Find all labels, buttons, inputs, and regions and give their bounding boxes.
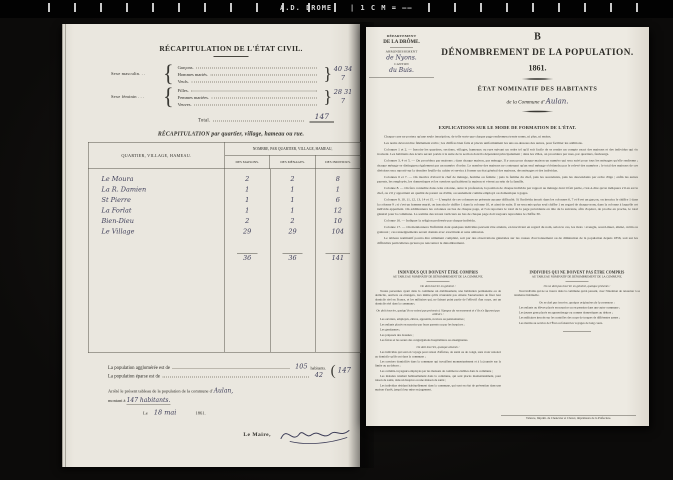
ruler-ticks-right: [428, 3, 662, 12]
ornament-divider: [522, 78, 554, 80]
divider: [427, 281, 450, 282]
column-header-maisons: DES MAISONS.: [225, 156, 270, 169]
eparse-label: La population éparse est de: [108, 374, 160, 379]
list-item: Hommes mariés.: [178, 70, 320, 77]
rule-item: Les militaires inscrits sur les contrôle…: [514, 316, 640, 320]
handwritten-total: 147: [310, 112, 334, 123]
etat-civil-total-row: Total. 147: [198, 112, 334, 123]
handwritten-count: 7: [341, 75, 345, 83]
quartier-name: La Forlat: [89, 207, 225, 215]
right-page: DÉPARTEMENT DE LA DRÔME. ARRONDISSEMENT …: [366, 27, 649, 426]
page-title: DÉNOMBREMENT DE LA POPULATION.: [434, 48, 641, 59]
explanation-paragraph: Les noms devront être fidèlement écrits …: [377, 141, 638, 146]
exclude-subtitle: AU TABLEAU NOMINATIF DE DÉNOMBREMENT DE …: [514, 276, 640, 279]
include-title: INDIVIDUS QUI DOIVENT ÊTRE COMPRIS: [375, 270, 501, 275]
divider: [566, 281, 589, 282]
population-eparse-row: La population éparse est de 42: [108, 371, 326, 380]
rule-heading: On doit inscrire en général :: [375, 285, 501, 289]
row-label: Veuves.: [178, 102, 192, 107]
rule-heading: On ne doit pas inscrire en général, quoi…: [514, 285, 640, 289]
quartier-table: QUARTIER, VILLAGE, HAMEAU. NOMBRE, PAR Q…: [88, 142, 361, 353]
rule-item: Les malades résidant habituellement dans…: [375, 375, 501, 383]
include-subtitle: AU TABLEAU NOMINATIF DE DÉNOMBREMENT DE …: [375, 276, 501, 279]
agglomeree-label: La population agglomérée est de: [108, 366, 170, 371]
menages-count: 2: [270, 176, 315, 184]
explanation-paragraph: Colonnes 6 et 7. — On inscrira d'abord l…: [377, 175, 638, 185]
etat-civil-title: RÉCAPITULATION DE L'ÉTAT CIVIL.: [108, 45, 354, 54]
population-agglomeree-row: La population agglomérée est de 105 habi…: [108, 362, 326, 371]
left-page: RÉCAPITULATION DE L'ÉTAT CIVIL. Sexe mas…: [62, 24, 360, 467]
sub-headers: DES MAISONS. DES MÉNAGES. DES INDIVIDUS.: [225, 156, 361, 169]
handwritten-count: 28: [334, 89, 342, 97]
column-header-quartier: QUARTIER, VILLAGE, HAMEAU.: [89, 143, 225, 169]
quartier-name: Le Moura: [89, 176, 225, 184]
handwritten-commune: Aulan,: [214, 387, 233, 394]
divider: [390, 47, 413, 48]
rule-item: Les ouvriers, employés, élèves, apprenti…: [375, 318, 501, 322]
mayor-signature: [277, 424, 352, 446]
quartier-name: Le Village: [89, 228, 225, 236]
population-summary: La population agglomérée est de 105 habi…: [108, 362, 354, 379]
exclude-title: INDIVIDUS QUI NE DOIVENT PAS ÊTRE COMPRI…: [514, 270, 640, 275]
administrative-corner-box: DÉPARTEMENT DE LA DRÔME. ARRONDISSEMENT …: [369, 34, 434, 78]
list-item: Veufs.: [178, 77, 320, 84]
table-body: Le Moura 2 2 8 La R. Damien 1 1 1 St Pie…: [89, 169, 361, 352]
printer-imprint: Valence, Imprim. de Chenevier et Chavet,…: [501, 416, 636, 421]
explanation-paragraph: Colonne 17. — On mentionnera l'infirmité…: [377, 225, 638, 235]
departement-name: DE LA DRÔME.: [369, 39, 434, 45]
handwritten-arrondissement: de Nyons.: [369, 54, 434, 61]
handwritten-count: 40: [334, 66, 342, 74]
column-header-menages: DES MÉNAGES.: [270, 156, 315, 169]
commune-prefix: de la Commune d': [506, 100, 544, 106]
handwritten-count: 42: [315, 372, 323, 380]
right-brace: }: [323, 65, 332, 81]
etat-civil-female-group: Sexe féminin . . . { Filles. Femmes mari…: [111, 86, 354, 107]
explanation-paragraph: Colonnes 9, 10, 11, 12, 13, 14 et 15. — …: [377, 197, 638, 217]
total-maisons: 36: [225, 253, 270, 262]
male-items: Garçons. Hommes mariés. Veufs.: [178, 63, 320, 84]
list-item: Femmes mariées.: [178, 93, 320, 100]
explanation-paragraph: Colonne 8. — On fera connaître dans cett…: [377, 186, 638, 196]
maisons-count: 1: [225, 186, 270, 194]
list-item: Garçons.: [178, 63, 320, 70]
rule-item: Les frères et les sœurs des congrégation…: [375, 338, 501, 342]
ornament-divider: [522, 111, 554, 113]
brace-glyph: (: [331, 362, 336, 379]
handwritten-total: 36: [237, 253, 257, 262]
maisons-count: 1: [225, 207, 270, 215]
handwritten-commune-name: Aulan.: [546, 98, 569, 106]
explanation-paragraph: Colonnes 1 et 2. — Inscrire les quartier…: [377, 147, 638, 157]
rule-item: Toutes personnes ayant dans la commune u…: [375, 290, 501, 307]
habitants-suffix: habitants.: [311, 366, 326, 371]
menages-count: 1: [270, 207, 315, 215]
ruler-scale-label: | 1 C M = ——: [350, 4, 413, 12]
dotted-leader: [162, 377, 309, 378]
rule-item: Les individus résidant habituellement da…: [375, 384, 501, 392]
archive-label: A.D. DROME: [280, 4, 332, 12]
handwritten-count: 105: [295, 363, 307, 371]
left-page-content: RÉCAPITULATION DE L'ÉTAT CIVIL. Sexe mas…: [108, 24, 354, 467]
inclusion-rules-columns: INDIVIDUS QUI DOIVENT ÊTRE COMPRIS AU TA…: [375, 270, 640, 408]
explanation-paragraph: Le tableau nominatif pourra être utileme…: [377, 236, 638, 246]
menages-count: 2: [270, 218, 315, 226]
list-item: Veuves.: [178, 100, 320, 107]
arrete-statement: Arrêté le présent tableau de la populati…: [108, 386, 354, 405]
explanation-paragraph: Colonnes 3, 4 et 5. — On procédera par m…: [377, 159, 638, 174]
left-brace: {: [163, 63, 174, 84]
rule-item: Les préposés des douanes ;: [375, 333, 501, 337]
rule-item: Les ouvriers domiciliés dans la commune …: [375, 360, 501, 368]
menages-count: 1: [270, 186, 315, 194]
quartier-name: Bien-Dieu: [89, 218, 225, 226]
maisons-count: 1: [225, 197, 270, 205]
maisons-count: 29: [225, 228, 270, 236]
explanations-title: EXPLICATIONS SUR LE MODE DE FORMATION DE…: [377, 125, 638, 130]
montant-label: montant à: [108, 398, 125, 403]
rule-item: Les enfants placés en nourrice par leurs…: [375, 323, 501, 327]
male-group-label: Sexe masculin. . .: [111, 71, 163, 76]
mayor-signature-block: Le Maire,: [108, 424, 354, 446]
handwritten-count: 7: [341, 98, 345, 106]
quartier-name: St Pierre: [89, 197, 225, 205]
exclude-column: INDIVIDUS QUI NE DOIVENT PAS ÊTRE COMPRI…: [514, 270, 640, 408]
handwritten-total: 36: [282, 253, 302, 262]
rule-item: Les commis-voyageurs employés par les ma…: [375, 369, 501, 373]
quartier-name: La R. Damien: [89, 186, 225, 194]
stacked-sheet-edges: [62, 24, 68, 467]
rule-item: Les individus qui sont en voyage pour ra…: [375, 351, 501, 359]
left-brace: {: [163, 86, 174, 107]
rule-heading: On doit inscrire, quoiqu'ils ne soient p…: [375, 309, 501, 316]
rule-item: Les jeunes gens placés en apprentissage …: [514, 311, 640, 315]
female-group-label: Sexe féminin . . .: [111, 94, 163, 99]
quartier-table-title: RÉCAPITULATION par quartier, village, ha…: [108, 131, 354, 137]
explanations-section: EXPLICATIONS SUR LE MODE DE FORMATION DE…: [377, 125, 638, 247]
column-group-header: NOMBRE, PAR QUARTIER, VILLAGE, HAMEAU,: [225, 143, 361, 156]
maire-label: Le Maire,: [243, 432, 271, 438]
dotted-leader: [196, 68, 317, 69]
dotted-leader: [213, 121, 304, 122]
date-year: 1861.: [195, 411, 205, 416]
handwritten-montant: 147 habitants.: [127, 397, 171, 405]
census-header: B DÉNOMBREMENT DE LA POPULATION. 1861. É…: [434, 31, 641, 118]
canton-label: CANTON: [369, 63, 434, 67]
handwritten-total: 141: [326, 253, 350, 262]
table-header-right: NOMBRE, PAR QUARTIER, VILLAGE, HAMEAU, D…: [225, 143, 361, 169]
maisons-count: 2: [225, 176, 270, 184]
handwritten-canton: du Buis.: [369, 67, 434, 74]
arrete-text: Arrêté le présent tableau de la populati…: [108, 389, 213, 394]
arrondissement-label: ARRONDISSEMENT: [369, 50, 434, 54]
row-label: Garçons.: [178, 65, 194, 70]
rule-item: Les enfants ou élèves placés en nourrice…: [514, 306, 640, 310]
row-label: Veufs.: [178, 79, 189, 84]
date-prefix: Le: [143, 411, 148, 416]
row-label: Femmes mariées.: [178, 95, 209, 100]
row-label: Hommes mariés.: [178, 72, 209, 77]
census-year: 1861.: [434, 64, 641, 73]
rule-item: Les marins au service de l'État ou faisa…: [514, 321, 640, 325]
total-label: Total.: [198, 118, 210, 123]
dotted-leader: [212, 98, 317, 99]
handwritten-date: 18 mai: [154, 409, 176, 417]
right-brace: }: [323, 88, 332, 104]
departement-label: DÉPARTEMENT: [369, 34, 434, 38]
explanation-paragraph: Colonne 16. — Indiquer la religion profe…: [377, 218, 638, 223]
archive-ruler-strip: A.D. DROME | 1 C M = ——: [0, 0, 673, 18]
title-divider: [214, 56, 249, 57]
column-divider: [315, 169, 316, 352]
rule-item: Tout individu qui ne se trouve dans la c…: [514, 290, 640, 298]
date-line: Le 18 mai 1861.: [143, 409, 354, 417]
rule-item: Les gendarmes ;: [375, 328, 501, 332]
column-divider: [225, 169, 226, 352]
menages-count: 1: [270, 197, 315, 205]
dotted-leader: [191, 82, 316, 83]
dotted-leader: [191, 91, 317, 92]
commune-line: de la Commune d' Aulan.: [434, 98, 641, 106]
totals-spacer: [89, 253, 225, 262]
menages-count: 29: [270, 228, 315, 236]
list-item: Filles.: [178, 86, 320, 93]
include-column: INDIVIDUS QUI DOIVENT ÊTRE COMPRIS AU TA…: [375, 270, 501, 408]
row-label: Filles.: [178, 88, 189, 93]
dotted-leader: [211, 75, 317, 76]
column-divider: [270, 169, 271, 352]
etat-civil-male-group: Sexe masculin. . . { Garçons. Hommes mar…: [111, 63, 354, 84]
subtitle: ÉTAT NOMINATIF DES HABITANTS: [434, 85, 641, 93]
end-rule: [563, 332, 591, 333]
explanation-paragraph: Chaque case ne portera qu'une seule insc…: [377, 135, 638, 140]
dotted-leader: [194, 105, 317, 106]
dotted-leader: [172, 368, 289, 369]
table-header: QUARTIER, VILLAGE, HAMEAU. NOMBRE, PAR Q…: [89, 143, 361, 170]
maisons-count: 2: [225, 218, 270, 226]
female-items: Filles. Femmes mariées. Veuves.: [178, 86, 320, 107]
total-menages: 36: [270, 253, 315, 262]
rule-heading: On ne doit pas inscrire, quoique origina…: [514, 301, 640, 305]
rule-heading: On doit inscrire, quoique absents :: [375, 346, 501, 350]
series-letter: B: [434, 31, 641, 43]
